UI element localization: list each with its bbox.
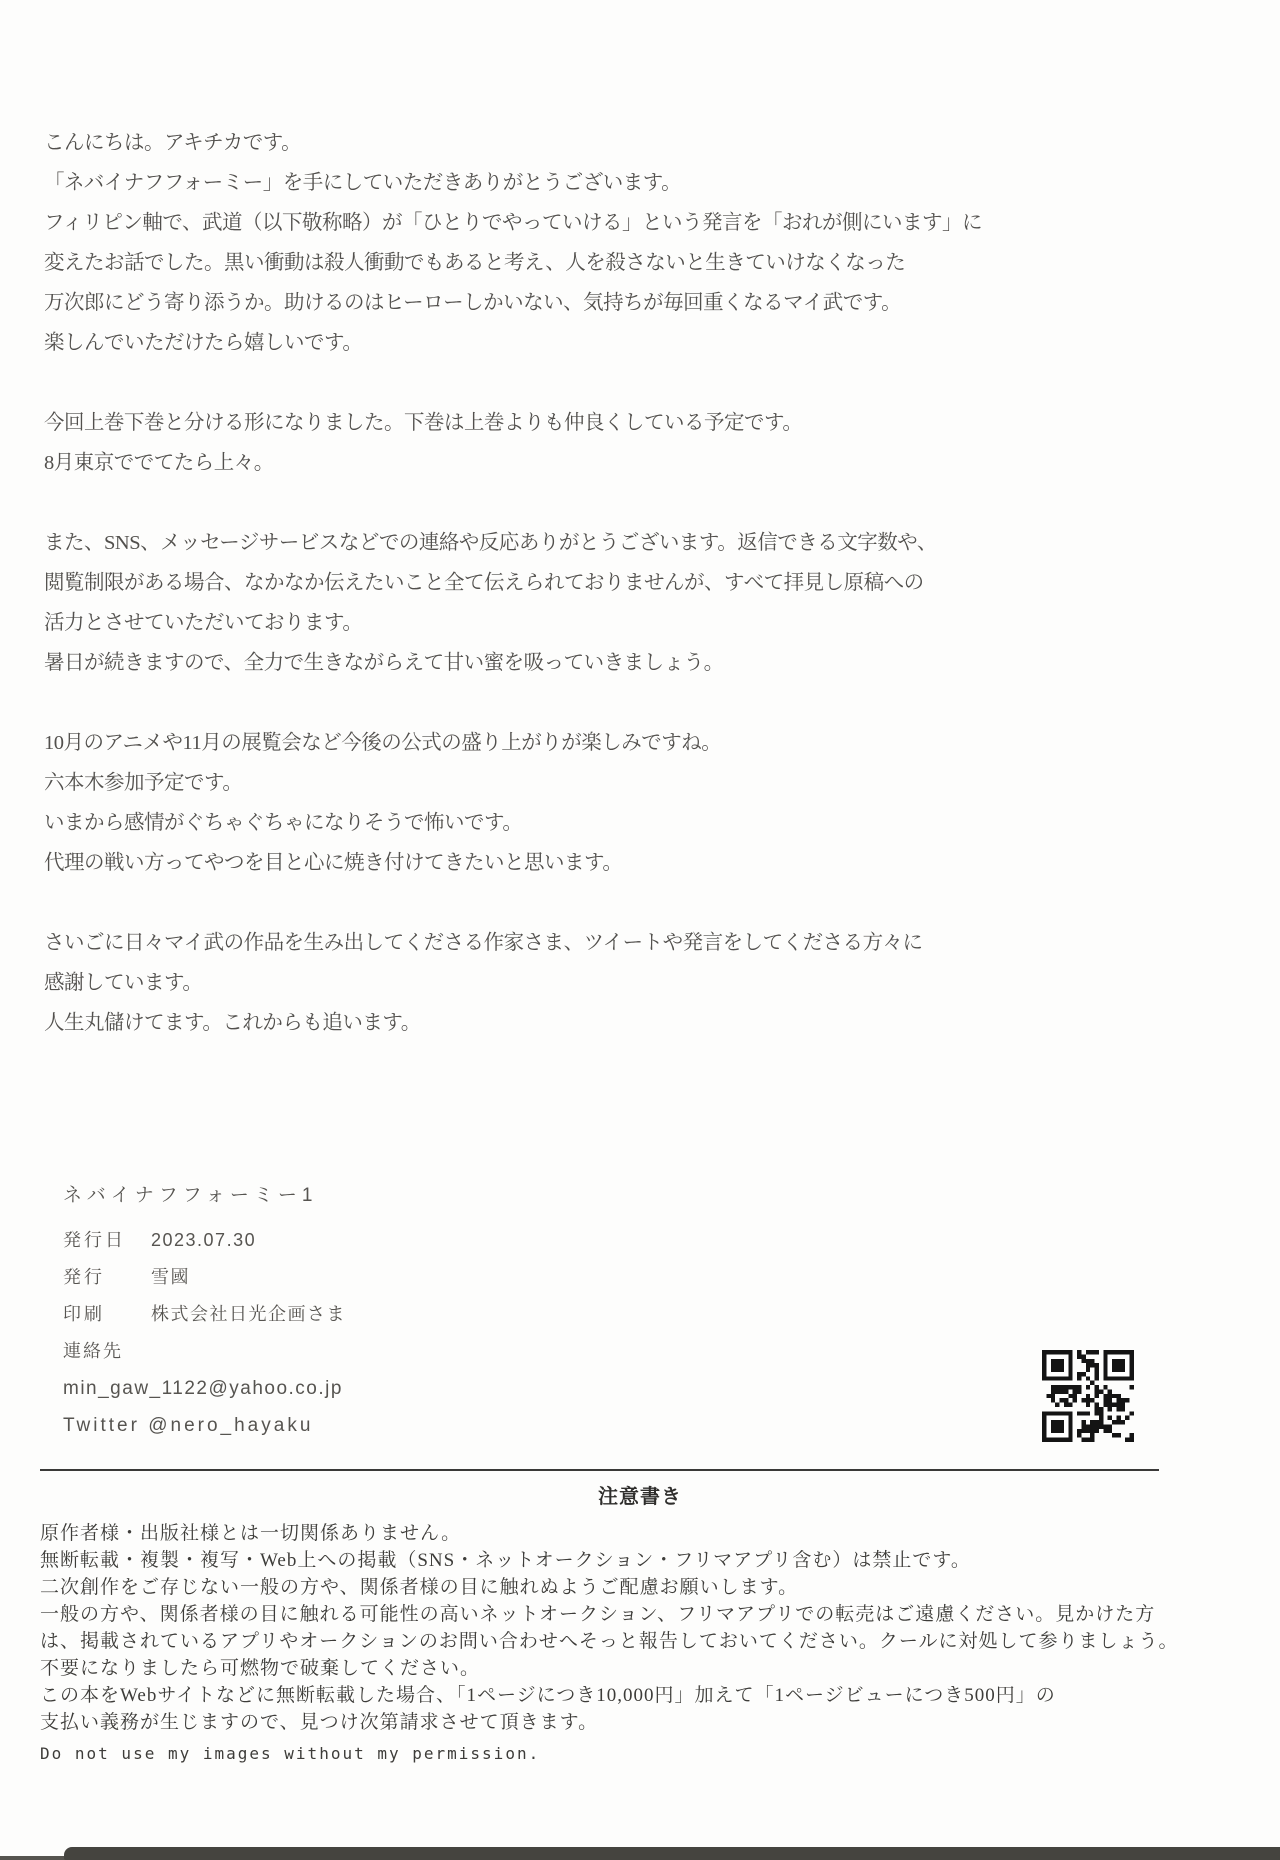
colophon-row-publisher: 発行雪國 [63, 1259, 346, 1296]
qr-code-icon [1042, 1350, 1134, 1442]
contact-email: min_gaw_1122@yahoo.co.jp [63, 1370, 346, 1407]
notice-line-english: Do not use my images without my permissi… [40, 1742, 1240, 1766]
text-line: 活力とさせていただいております。 [44, 603, 982, 643]
text-line: 8月東京ででてたら上々。 [44, 443, 982, 483]
text-line: 感謝しています。 [44, 963, 982, 1003]
text-line: 万次郎にどう寄り添うか。助けるのはヒーローしかいない、気持ちが毎回重くなるマイ武… [44, 283, 982, 323]
notice-line: 不要になりましたら可燃物で破棄してください。 [40, 1655, 1240, 1682]
section-divider [40, 1469, 1159, 1471]
text-line: 代理の戦い方ってやつを目と心に焼き付けてきたいと思います。 [44, 843, 982, 883]
colophon-value: 株式会社日光企画さま [151, 1304, 346, 1324]
text-line: 六本木参加予定です。 [44, 763, 982, 803]
notice-heading: 注意書き [40, 1484, 1240, 1510]
notice-line: この本をWebサイトなどに無断転載した場合、「1ページにつき10,000円」加え… [40, 1682, 1240, 1709]
text-line: こんにちは。アキチカです。 [44, 123, 982, 163]
colophon-label: 発行日 [63, 1222, 151, 1259]
text-line: 今回上巻下巻と分ける形になりました。下巻は上巻よりも仲良くしている予定です。 [44, 403, 982, 443]
text-line: 楽しんでいただけたら嬉しいです。 [44, 323, 982, 363]
notice-line: 支払い義務が生じますので、見つけ次第請求させて頂きます。 [40, 1709, 1240, 1736]
colophon-value: 雪國 [151, 1267, 190, 1287]
notice-line: 一般の方や、関係者様の目に触れる可能性の高いネットオークション、フリマアプリでの… [40, 1601, 1240, 1628]
notice-line: 原作者様・出版社様とは一切関係ありません。 [40, 1520, 1240, 1547]
twitter-handle: Twitter @nero_hayaku [63, 1407, 346, 1444]
text-line: 変えたお話でした。黒い衝動は殺人衝動でもあると考え、人を殺さないと生きていけなく… [44, 243, 982, 283]
text-line: 人生丸儲けてます。これからも追います。 [44, 1003, 982, 1043]
contact-label: 連絡先 [63, 1333, 346, 1370]
colophon: ネバイナフフォーミー1 発行日2023.07.30 発行雪國 印刷株式会社日光企… [63, 1185, 346, 1444]
colophon-label: 印刷 [63, 1296, 151, 1333]
text-line: いまから感情がぐちゃぐちゃになりそうで怖いです。 [44, 803, 982, 843]
afterword-page: こんにちは。アキチカです。 「ネバイナフフォーミー」を手にしていただきありがとう… [0, 0, 1280, 1860]
text-line: 閲覧制限がある場合、なかなか伝えたいこと全て伝えられておりませんが、すべて拝見し… [44, 563, 982, 603]
afterword-text: こんにちは。アキチカです。 「ネバイナフフォーミー」を手にしていただきありがとう… [44, 123, 982, 1083]
text-line: また、SNS、メッセージサービスなどでの連絡や反応ありがとうございます。返信でき… [44, 523, 982, 563]
notice-line: は、掲載されているアプリやオークションのお問い合わせへそっと報告しておいてくださ… [40, 1628, 1240, 1655]
book-title: ネバイナフフォーミー1 [63, 1185, 346, 1207]
colophon-value: 2023.07.30 [151, 1230, 256, 1250]
paragraph-volumes: 今回上巻下巻と分ける形になりました。下巻は上巻よりも仲良くしている予定です。 8… [44, 403, 982, 483]
text-line: 暑日が続きますので、全力で生きながらえて甘い蜜を吸っていきましょう。 [44, 643, 982, 683]
text-line: フィリピン軸で、武道（以下敬称略）が「ひとりでやっていける」という発言を「おれが… [44, 203, 982, 243]
notice-section: 注意書き 原作者様・出版社様とは一切関係ありません。 無断転載・複製・複写・We… [40, 1484, 1240, 1766]
colophon-row-printer: 印刷株式会社日光企画さま [63, 1296, 346, 1333]
paragraph-greeting: こんにちは。アキチカです。 「ネバイナフフォーミー」を手にしていただきありがとう… [44, 123, 982, 363]
scan-edge-artifact [64, 1847, 1280, 1860]
paragraph-sns: また、SNS、メッセージサービスなどでの連絡や反応ありがとうございます。返信でき… [44, 523, 982, 683]
colophon-row-publish-date: 発行日2023.07.30 [63, 1222, 346, 1259]
text-line: 10月のアニメや11月の展覧会など今後の公式の盛り上がりが楽しみですね。 [44, 723, 982, 763]
text-line: 「ネバイナフフォーミー」を手にしていただきありがとうございます。 [44, 163, 982, 203]
text-line: さいごに日々マイ武の作品を生み出してくださる作家さま、ツイートや発言をしてくださ… [44, 923, 982, 963]
paragraph-thanks: さいごに日々マイ武の作品を生み出してくださる作家さま、ツイートや発言をしてくださ… [44, 923, 982, 1043]
paragraph-events: 10月のアニメや11月の展覧会など今後の公式の盛り上がりが楽しみですね。 六本木… [44, 723, 982, 883]
colophon-label: 発行 [63, 1259, 151, 1296]
notice-line: 二次創作をご存じない一般の方や、関係者様の目に触れぬようご配慮お願いします。 [40, 1574, 1240, 1601]
notice-line: 無断転載・複製・複写・Web上への掲載（SNS・ネットオークション・フリマアプリ… [40, 1547, 1240, 1574]
